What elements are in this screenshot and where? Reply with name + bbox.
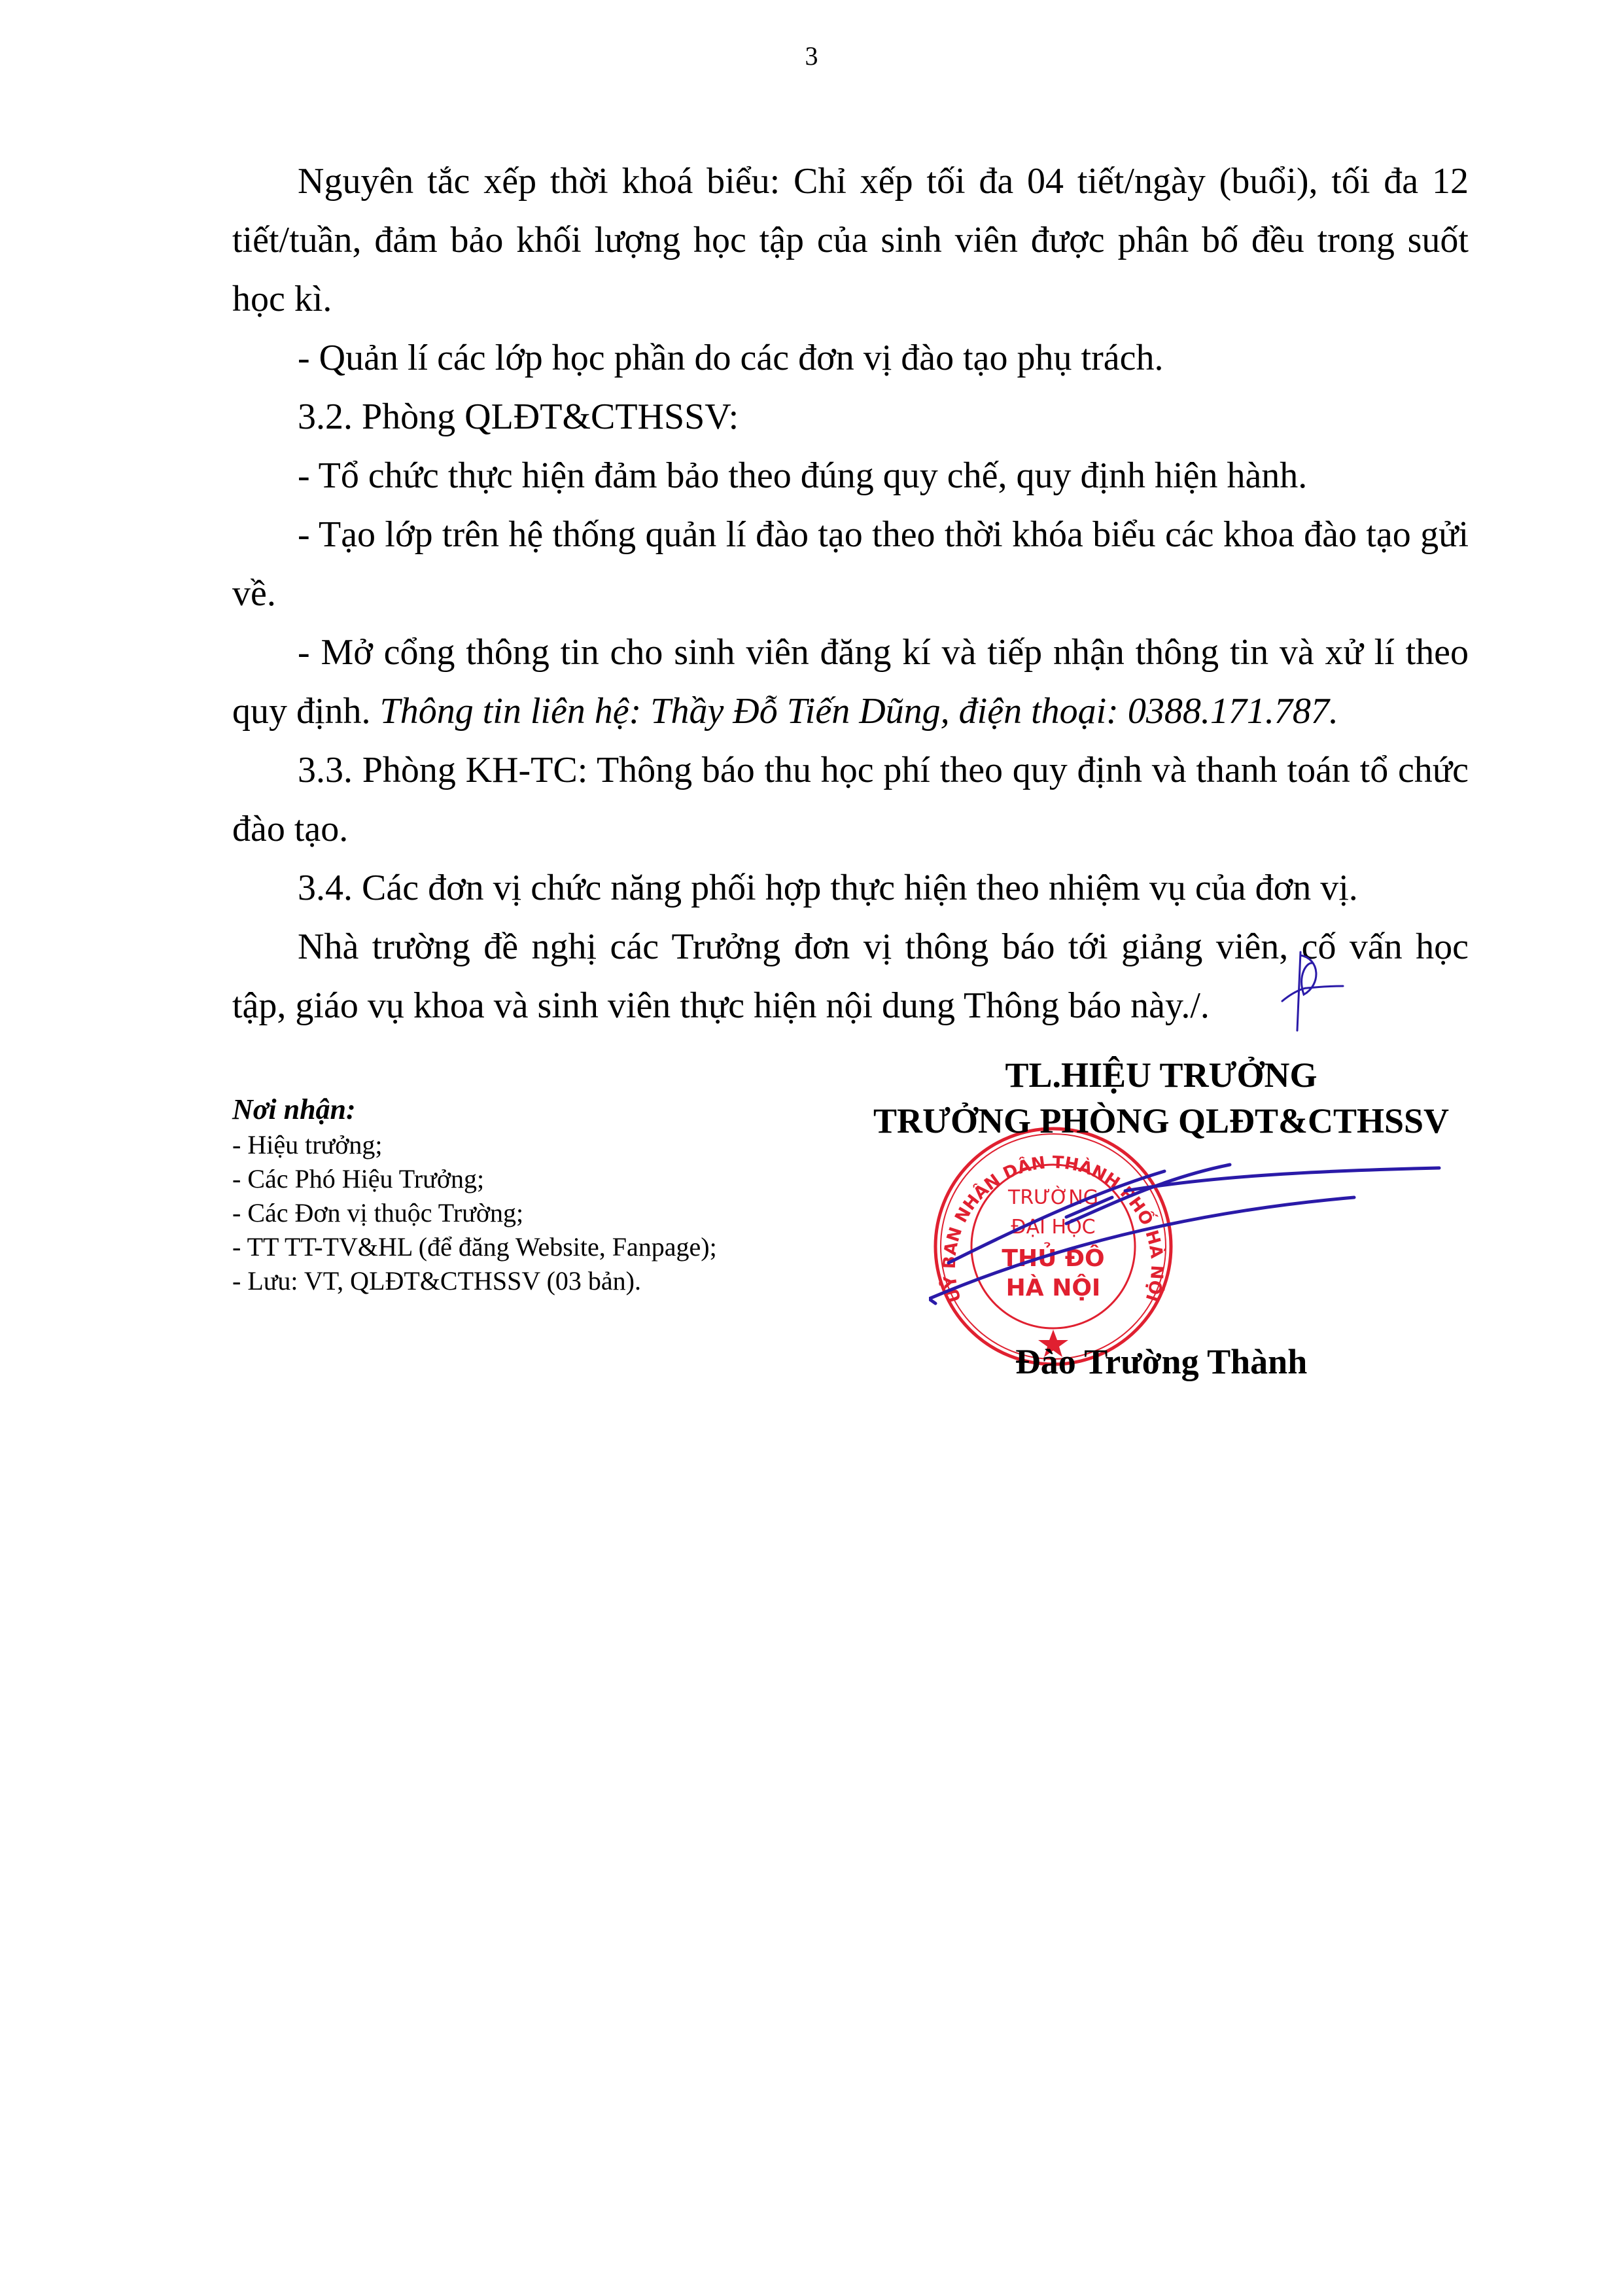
initials-signature-icon [1274, 949, 1353, 1034]
recipients-list: Nơi nhận: - Hiệu trưởng; - Các Phó Hiệu … [232, 1091, 717, 1298]
recipients-title: Nơi nhận: [232, 1091, 717, 1128]
handwritten-signature-icon [929, 1152, 1446, 1309]
section-3-3: 3.3. Phòng KH-TC: Thông báo thu học phí … [232, 741, 1469, 858]
signature-title-line1: TL.HIỆU TRƯỞNG [818, 1052, 1505, 1098]
recipient-item: - Hiệu trưởng; [232, 1128, 717, 1162]
recipient-item: - Lưu: VT, QLĐT&CTHSSV (03 bản). [232, 1264, 717, 1298]
signature-title-line2: TRƯỞNG PHÒNG QLĐT&CTHSSV [818, 1098, 1505, 1144]
contact-info: Thông tin liên hệ: Thầy Đỗ Tiến Dũng, đi… [380, 691, 1338, 732]
paragraph-open-portal: - Mở cổng thông tin cho sinh viên đăng k… [232, 623, 1469, 741]
page-number: 3 [0, 41, 1623, 71]
signer-name: Đào Trường Thành [818, 1341, 1505, 1382]
paragraph-manage-classes: - Quản lí các lớp học phần do các đơn vị… [232, 328, 1469, 387]
recipient-item: - TT TT-TV&HL (để đăng Website, Fanpage)… [232, 1230, 717, 1264]
section-3-4: 3.4. Các đơn vị chức năng phối hợp thực … [232, 858, 1469, 917]
section-3-2-heading: 3.2. Phòng QLĐT&CTHSSV: [232, 387, 1469, 446]
recipient-item: - Các Đơn vị thuộc Trường; [232, 1196, 717, 1230]
paragraph-schedule-rule: Nguyên tắc xếp thời khoá biểu: Chỉ xếp t… [232, 152, 1469, 328]
document-body: Nguyên tắc xếp thời khoá biểu: Chỉ xếp t… [232, 152, 1469, 1035]
signature-block: TL.HIỆU TRƯỞNG TRƯỞNG PHÒNG QLĐT&CTHSSV [818, 1052, 1505, 1144]
recipient-item: - Các Phó Hiệu Trưởng; [232, 1162, 717, 1196]
paragraph-create-classes: - Tạo lớp trên hệ thống quản lí đào tạo … [232, 505, 1469, 623]
paragraph-organize: - Tổ chức thực hiện đảm bảo theo đúng qu… [232, 446, 1469, 505]
